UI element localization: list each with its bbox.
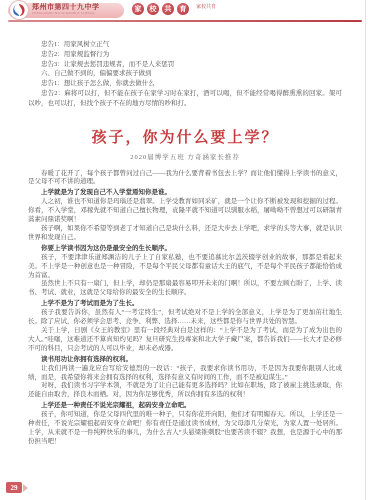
article-body: 春暖了花开了，每个孩子都曾问过自己——我为什么要背着书包去上学？而让他们懂得上学… <box>28 170 342 447</box>
article-byline: 2020届博学五班 方奇涵家长推荐 <box>28 152 342 161</box>
article-section: 人之初，谁也不知道你是玛瑙还是翡翠。上学受教育如同采矿，就是一个让你不断被发现和… <box>28 198 342 225</box>
advice-line: 忠告2：麻将可以打，但不能在孩子在家学习时在家打，酒可以喝，但不能经常喝得醉熏熏… <box>28 89 342 109</box>
article-section: 孩子，不要津津乐道郑渊洁的儿子上了自家私塾，也不要追慕比尔盖茨辍学创业的故事，那… <box>28 254 342 281</box>
advice-line: 六、自己做不到的，偏偏要求孩子做到 <box>28 69 342 79</box>
article-section: 上学还是一种责任不说光宗耀祖，起码安身立命吧。 <box>28 402 342 411</box>
advice-line: 忠告1：用家风树立正气 <box>28 40 342 50</box>
article-section: 上学不是为了考试而是为了生长。 <box>28 300 342 309</box>
advice-line: 忠告3：让家规去惩罚违规者，而不是人来惩罚 <box>28 60 342 70</box>
advice-block: 忠告1：用家风树立正气忠告2：用家规监督行为忠告3：让家规去惩罚违规者，而不是人… <box>28 40 342 109</box>
school-name: 郑州市第四十九中学 <box>32 4 102 11</box>
article-section: 读书用功让你拥有选择的权利。 <box>28 356 342 365</box>
article-section: 你要上学读书因为这仍是最安全的生长顺序。 <box>28 245 342 254</box>
column-badge: 家 <box>132 3 144 15</box>
article-section: 上学就是为了发现自己不入学堂焉知你是谁。 <box>28 189 342 198</box>
journal-page: 郑州市第四十九中学 ZHENGZHOU NO.49 MIDDLE SCHOOL … <box>0 0 368 500</box>
column-badges: 家校共育 <box>132 3 189 15</box>
article-section: 孩子，你可知道，你是父母四代里的唯一种子，只有你花开向阳，他们才有明媚春天。所以… <box>28 411 342 447</box>
page-number-badge: 29 <box>6 482 22 493</box>
article-section: 孩子我要告诉你，虽然有人“一考定终生”，但考试绝对不是上学的全部意义，上学是为了… <box>28 309 342 327</box>
column-badge: 校 <box>147 3 159 15</box>
article-section: 让我们再读一遍龙应台写给安德烈的一段话：“孩子，我要求你读书用功，不是因为我要你… <box>28 365 342 383</box>
column-caption: 家校共育 <box>196 5 216 11</box>
school-name-block: 郑州市第四十九中学 ZHENGZHOU NO.49 MIDDLE SCHOOL <box>32 4 102 16</box>
article-section: 对呀，我们读书习字学本领，不就是为了让自己能有更多选择吗？比如在职场，除了被雇主… <box>28 382 342 400</box>
advice-line: 忠告2：用家规监督行为 <box>28 50 342 60</box>
header-rule <box>8 20 362 22</box>
page-number-accent <box>23 484 28 492</box>
school-name-subtitle: ZHENGZHOU NO.49 MIDDLE SCHOOL <box>32 12 95 15</box>
article-section: 虽然世上不只有一扇门，但上学，却仍是那扇最容易叩开未来的门啊！所以，不要左顾右盼… <box>28 280 342 298</box>
article-section: 春暖了花开了，每个孩子都曾问过自己——我为什么要背着书包去上学？而让他们懂得上学… <box>28 170 342 188</box>
page-header: 郑州市第四十九中学 ZHENGZHOU NO.49 MIDDLE SCHOOL … <box>0 0 368 24</box>
advice-line: 忠告1：想让孩子怎么做，你就去做什么 <box>28 79 342 89</box>
article-title: 孩子，你为什么要上学？ <box>28 126 342 147</box>
column-badge: 育 <box>177 3 189 15</box>
column-badge: 共 <box>162 3 174 15</box>
article-section: 关于上学，日剧《女王的教室》里有一段经典对白是这样的：“上学不是为了考试，而是为… <box>28 327 342 354</box>
page-content: 忠告1：用家风树立正气忠告2：用家规监督行为忠告3：让家规去惩罚违规者，而不是人… <box>28 40 342 447</box>
article-section: 孩子啊，如果你不希望等到老了才知道自己是块什么料，还是大步去上学吧，求学的头等大… <box>28 225 342 243</box>
school-logo-icon <box>10 1 28 19</box>
